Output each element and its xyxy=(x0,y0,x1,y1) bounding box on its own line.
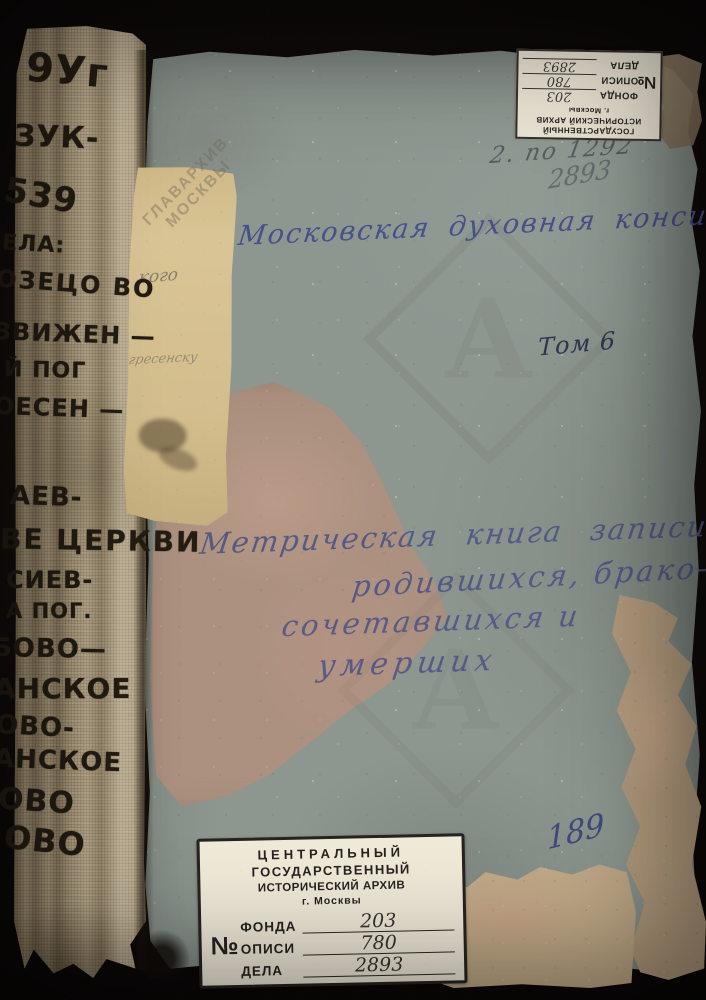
spine-text-fragment: АНСКОЕ xyxy=(0,672,131,705)
stamp-handwritten-value: 203 xyxy=(522,87,596,102)
spine-text-fragment: 9Уг xyxy=(24,44,110,97)
spine-text-fragment: ОВО- xyxy=(0,710,76,744)
spine-text-fragment: ОВО xyxy=(0,781,76,821)
stamp-handwritten-value: 780 xyxy=(303,933,455,956)
spine-text-fragment: ЗУК- xyxy=(13,119,100,157)
stamp-number-sign: № xyxy=(210,934,237,960)
spine-text-fragment: Й ПОГ xyxy=(4,357,87,383)
spine-text-fragment: ВЕ ЦЕРКВИ xyxy=(0,522,202,559)
spine-text-fragment: А ПОГ. xyxy=(6,599,92,623)
spine-text-fragment: СИЕВ- xyxy=(6,566,93,594)
spine-text-fragment: АНСКОЕ xyxy=(0,744,123,778)
handwritten-description-line: умерших xyxy=(316,643,500,684)
stamp-row: ДЕЛА 2893 xyxy=(241,954,455,979)
stamp-row: ДЕЛА 2893 xyxy=(522,57,638,74)
spine-text-fragment: БОВО— xyxy=(0,633,107,665)
spine-text-fragment: ЗВИЖЕН — xyxy=(0,317,156,351)
archive-stamp-top: ГОСУДАРСТВЕННЫЙ ИСТОРИЧЕСКИЙ АРХИВ г. Мо… xyxy=(515,49,663,142)
stamp-number-sign: № xyxy=(638,72,656,92)
stamp-handwritten-value: 203 xyxy=(302,911,454,934)
stamp-row: ФОНДА 203 xyxy=(522,87,638,104)
label-pencil-note: гресенску xyxy=(127,350,198,368)
spine-text-fragment: ОЕСЕН — xyxy=(0,392,125,425)
stamp-row: ОПИСИ 780 xyxy=(522,72,638,89)
book-cover-photo: А А ГЛАВАРХИВ МОСКВЫ кого гресенску ГЛАВ… xyxy=(0,0,706,1000)
spine-bottom-hole xyxy=(134,930,190,988)
stamp-handwritten-value: 2893 xyxy=(522,57,596,72)
spine-text-fragment: ЕЛА: xyxy=(1,230,65,258)
stamp-handwritten-value: 2893 xyxy=(303,955,455,978)
spine-text-fragment: АЕВ- xyxy=(9,481,83,514)
archive-stamp-bottom: ЦЕНТРАЛЬНЫЙ ГОСУДАРСТВЕННЫЙ ИСТОРИЧЕСКИЙ… xyxy=(196,833,467,989)
stamp-handwritten-value: 780 xyxy=(522,72,596,87)
